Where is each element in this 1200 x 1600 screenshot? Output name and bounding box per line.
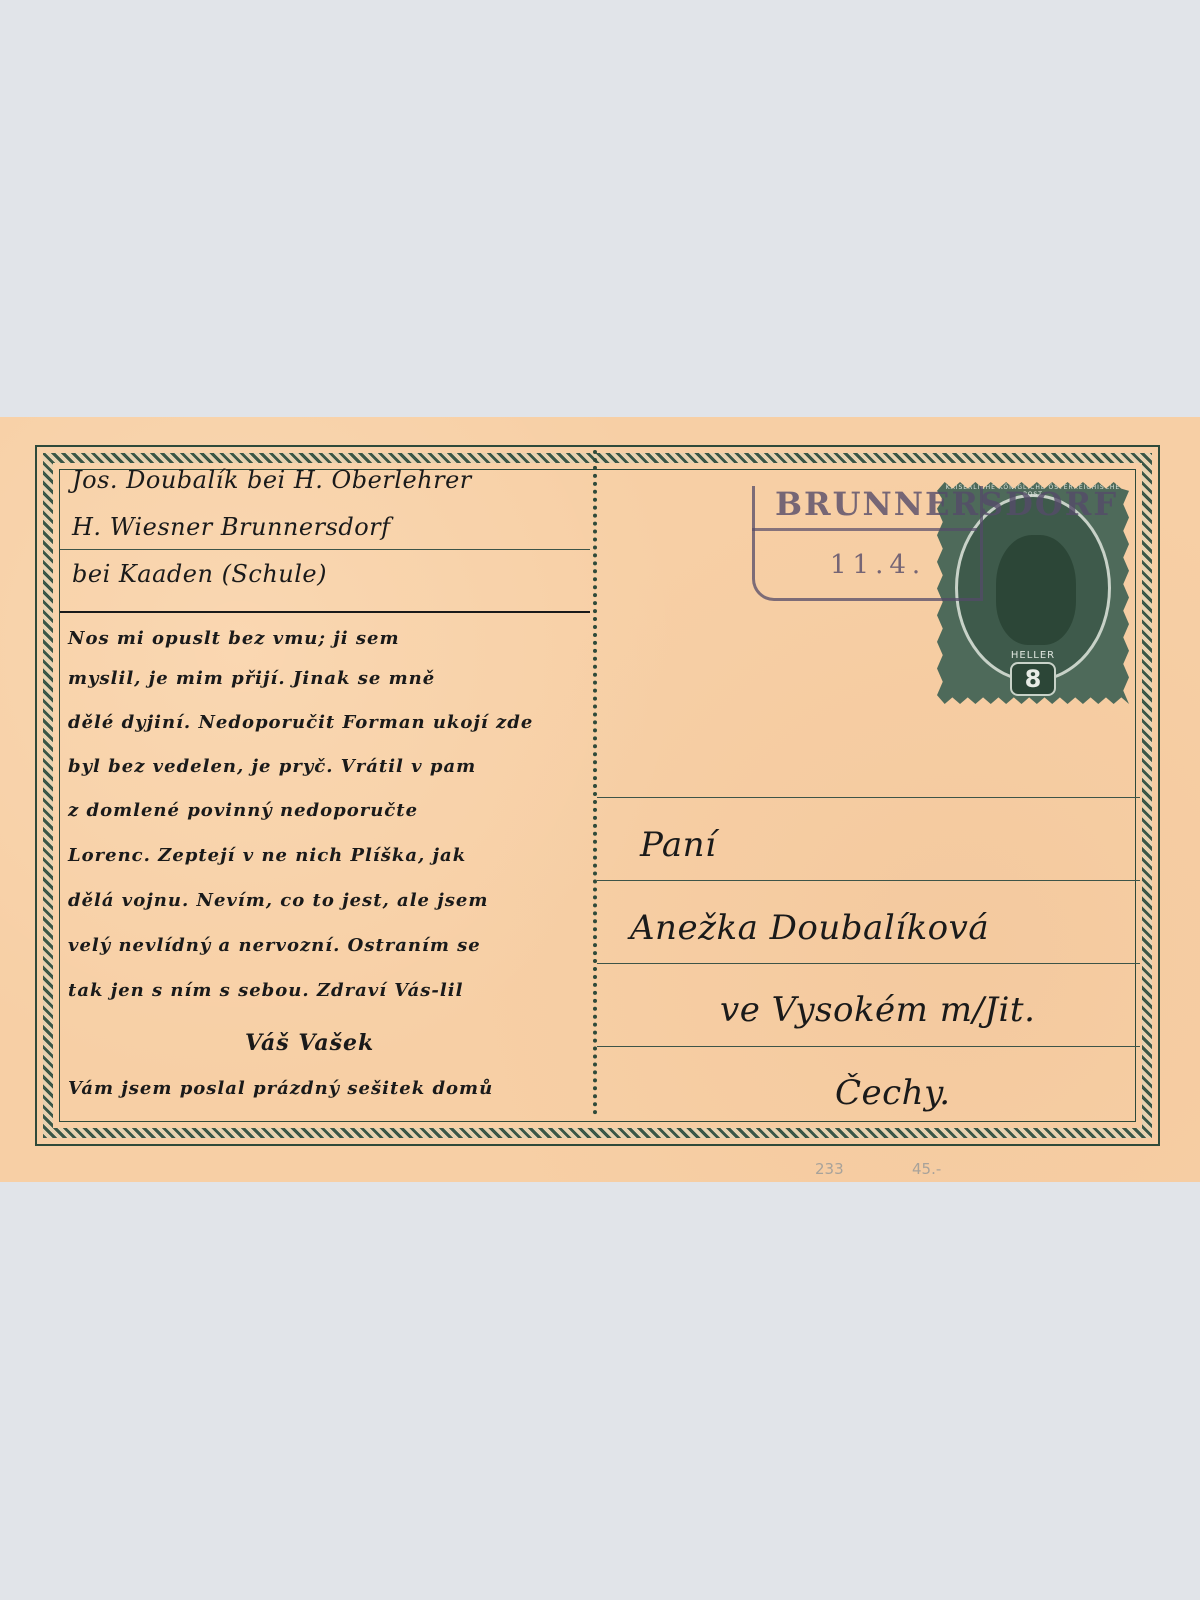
emperor-portrait [996,535,1076,645]
address-recipient: Anežka Doubalíková [630,908,989,948]
sender-line-1: Jos. Doubalík bei H. Oberlehrer [72,466,472,494]
message-line: tak jen s ním s sebou. Zdraví Vás-lil [68,980,463,1001]
message-line: myslil, je mim přijí. Jinak se mně [68,668,435,689]
message-postscript: Vám jsem poslal prázdný sešitek domů [68,1078,493,1099]
address-country: Čechy. [835,1073,951,1113]
message-line: Lorenc. Zeptejí v ne nich Plíška, jak [68,845,466,866]
sender-line-2: H. Wiesner Brunnersdorf [72,513,391,541]
message-line: velý nevlídný a nervozní. Ostraním se [68,935,481,956]
pencil-note-catalog: 233 [815,1160,844,1178]
dotted-divider [593,450,597,1115]
address-line-rule [597,963,1140,964]
postmark-rule [752,528,977,531]
address-salutation: Paní [640,825,716,865]
message-line: z domlené povinný nedoporučte [68,800,418,821]
postmark-place: BRUNNERSDORF [775,485,1118,523]
postmark-date: 11.4. [830,550,926,580]
pencil-note-price: 45.- [912,1160,941,1178]
stamp-inscription-bottom: HELLER [937,650,1129,661]
address-line-rule [597,797,1140,798]
address-town: ve Vysokém m/Jit. [720,990,1035,1030]
message-line: byl bez vedelen, je pryč. Vrátil v pam [68,756,476,777]
message-line: dělá vojnu. Nevím, co to jest, ale jsem [68,890,488,911]
message-line: dělé dyjiní. Nedoporučit Forman ukojí zd… [68,712,533,733]
message-line: Nos mi opuslt bez vmu; ji sem [68,628,400,649]
sender-rule-line [60,549,590,550]
address-line-rule [597,1046,1140,1047]
sender-underline [60,611,590,613]
sender-line-3: bei Kaaden (Schule) [72,560,327,588]
signature: Váš Vašek [245,1030,374,1056]
address-line-rule [597,880,1140,881]
stamp-value: 8 [1010,662,1056,696]
